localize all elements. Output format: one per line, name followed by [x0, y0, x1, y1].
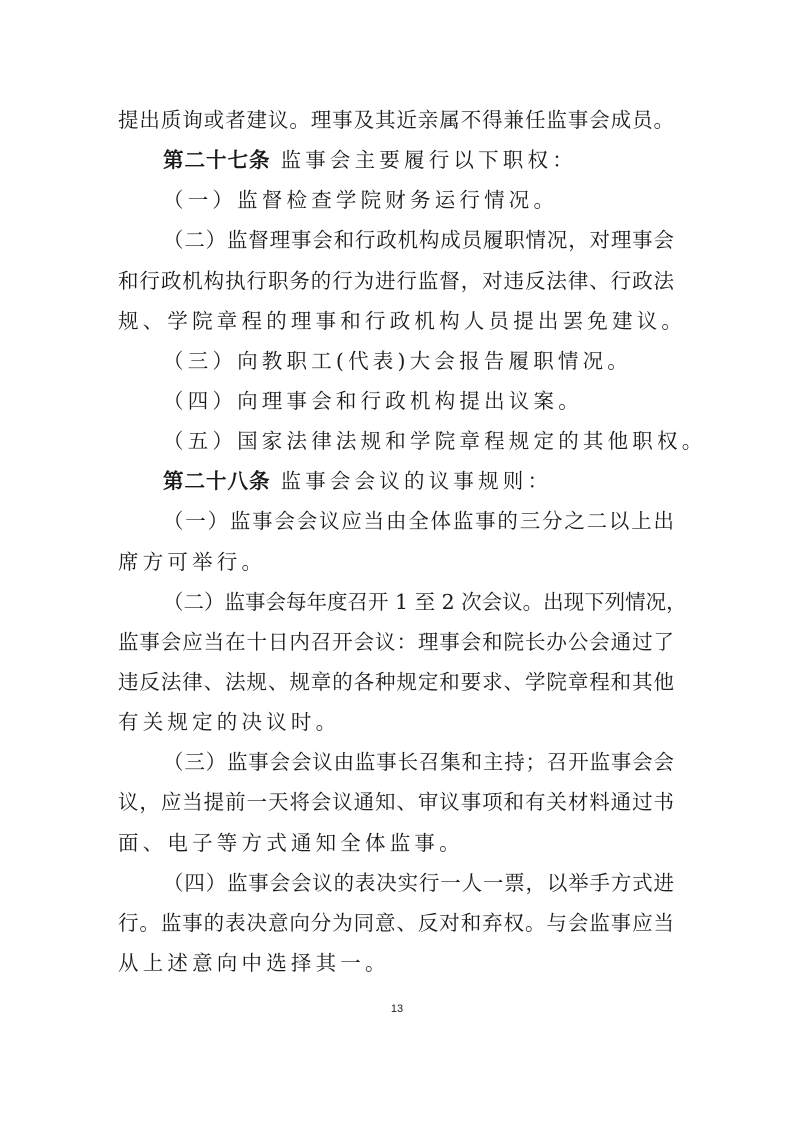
paragraph-line: 违反法律、法规、规章的各种规定和要求、学院章程和其他	[118, 662, 674, 702]
page-number: 13	[0, 1003, 794, 1015]
article-text: 监事会主要履行以下职权：	[281, 148, 577, 172]
list-item: （三）向教职工(代表)大会报告履职情况。	[163, 341, 674, 381]
list-item: （四）向理事会和行政机构提出议案。	[163, 381, 674, 421]
paragraph-line: 有关规定的决议时。	[118, 702, 674, 742]
list-item: （三）监事会会议由监事长召集和主持；召开监事会会	[163, 742, 674, 782]
paragraph-line: 从上述意向中选择其一。	[118, 943, 674, 983]
article-28-heading: 第二十八条监事会会议的议事规则：	[163, 461, 674, 501]
list-item: （一）监事会会议应当由全体监事的三分之二以上出	[163, 501, 674, 541]
paragraph-line: 规、学院章程的理事和行政机构人员提出罢免建议。	[118, 301, 674, 341]
paragraph-line: 议，应当提前一天将会议通知、审议事项和有关材料通过书	[118, 782, 674, 822]
paragraph-line: 席方可举行。	[118, 542, 674, 582]
paragraph-line: 提出质询或者建议。理事及其近亲属不得兼任监事会成员。	[118, 100, 674, 140]
list-item: （二）监事会每年度召开 1 至 2 次会议。出现下列情况，	[163, 582, 674, 622]
article-text: 监事会会议的议事规则：	[281, 469, 553, 493]
article-number: 第二十七条	[163, 148, 271, 172]
paragraph-line: 监事会应当在十日内召开会议：理事会和院长办公会通过了	[118, 622, 674, 662]
paragraph-line: 和行政机构执行职务的行为进行监督，对违反法律、行政法	[118, 261, 674, 301]
paragraph-line: 行。监事的表决意向分为同意、反对和弃权。与会监事应当	[118, 903, 674, 943]
list-item: （四）监事会会议的表决实行一人一票，以举手方式进	[163, 863, 674, 903]
paragraph-line: 面、电子等方式通知全体监事。	[118, 823, 674, 863]
list-item: （五）国家法律法规和学院章程规定的其他职权。	[163, 421, 674, 461]
list-item: （二）监督理事会和行政机构成员履职情况，对理事会	[163, 220, 674, 260]
list-item: （一）监督检查学院财务运行情况。	[163, 180, 674, 220]
article-27-heading: 第二十七条监事会主要履行以下职权：	[163, 140, 674, 180]
document-page: 提出质询或者建议。理事及其近亲属不得兼任监事会成员。 第二十七条监事会主要履行以…	[0, 0, 794, 1123]
article-number: 第二十八条	[163, 469, 271, 493]
